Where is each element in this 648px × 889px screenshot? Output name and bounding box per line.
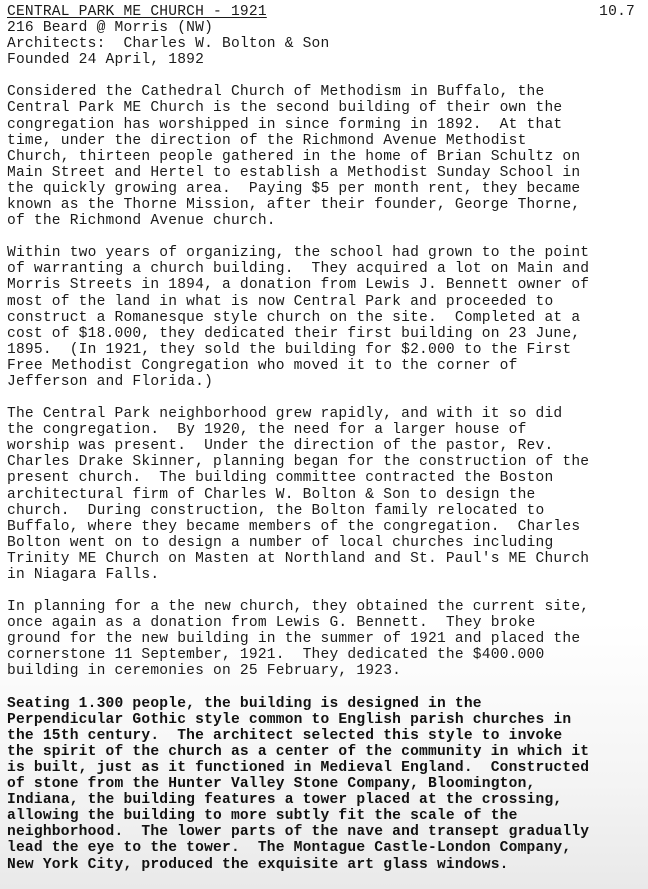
text-line: the congregation. By 1920, the need for …	[7, 422, 647, 438]
text-line: building in ceremonies on 25 February, 1…	[7, 663, 647, 679]
paragraph: In planning for a the new church, they o…	[7, 599, 647, 679]
body-text: Considered the Cathedral Church of Metho…	[7, 84, 647, 872]
text-line: congregation has worshipped in since for…	[7, 117, 647, 133]
paragraph: Considered the Cathedral Church of Metho…	[7, 84, 647, 229]
text-line: once again as a donation from Lewis G. B…	[7, 615, 647, 631]
page-number: 10.7	[599, 4, 635, 20]
text-line: of the Richmond Avenue church.	[7, 213, 647, 229]
founded-line: Founded 24 April, 1892	[7, 52, 647, 68]
text-line: Seating 1.300 people, the building is de…	[7, 696, 647, 712]
document-title: CENTRAL PARK ME CHURCH - 1921	[7, 4, 267, 20]
text-line: cost of $18.000, they dedicated their fi…	[7, 326, 647, 342]
paragraph: Within two years of organizing, the scho…	[7, 245, 647, 390]
text-line: is built, just as it functioned in Medie…	[7, 760, 647, 776]
text-line: Perpendicular Gothic style common to Eng…	[7, 712, 647, 728]
address-line: 216 Beard @ Morris (NW)	[7, 20, 647, 36]
text-line: Church, thirteen people gathered in the …	[7, 149, 647, 165]
text-line: Within two years of organizing, the scho…	[7, 245, 647, 261]
text-line: Morris Streets in 1894, a donation from …	[7, 277, 647, 293]
text-line: of stone from the Hunter Valley Stone Co…	[7, 776, 647, 792]
text-line: Main Street and Hertel to establish a Me…	[7, 165, 647, 181]
text-line: Jefferson and Florida.)	[7, 374, 647, 390]
paragraph: Seating 1.300 people, the building is de…	[7, 696, 647, 873]
text-line: the 15th century. The architect selected…	[7, 728, 647, 744]
paragraph: The Central Park neighborhood grew rapid…	[7, 406, 647, 583]
text-line: Trinity ME Church on Masten at Northland…	[7, 551, 647, 567]
text-line: Indiana, the building features a tower p…	[7, 792, 647, 808]
text-line: Charles Drake Skinner, planning began fo…	[7, 454, 647, 470]
text-line: The Central Park neighborhood grew rapid…	[7, 406, 647, 422]
text-line: neighborhood. The lower parts of the nav…	[7, 824, 647, 840]
text-line: Considered the Cathedral Church of Metho…	[7, 84, 647, 100]
text-line: ground for the new building in the summe…	[7, 631, 647, 647]
text-line: worship was present. Under the direction…	[7, 438, 647, 454]
text-line: Bolton went on to design a number of loc…	[7, 535, 647, 551]
architects-line: Architects: Charles W. Bolton & Son	[7, 36, 647, 52]
text-line: In planning for a the new church, they o…	[7, 599, 647, 615]
text-line: the spirit of the church as a center of …	[7, 744, 647, 760]
text-line: New York City, produced the exquisite ar…	[7, 857, 647, 873]
text-line: 1895. (In 1921, they sold the building f…	[7, 342, 647, 358]
text-line: cornerstone 11 September, 1921. They ded…	[7, 647, 647, 663]
header-row: CENTRAL PARK ME CHURCH - 1921 10.7	[7, 4, 647, 20]
text-line: of warranting a church building. They ac…	[7, 261, 647, 277]
text-line: lead the eye to the tower. The Montague …	[7, 840, 647, 856]
text-line: Buffalo, where they became members of th…	[7, 519, 647, 535]
text-line: known as the Thorne Mission, after their…	[7, 197, 647, 213]
text-line: most of the land in what is now Central …	[7, 294, 647, 310]
text-line: Central Park ME Church is the second bui…	[7, 100, 647, 116]
text-line: Free Methodist Congregation who moved it…	[7, 358, 647, 374]
text-line: time, under the direction of the Richmon…	[7, 133, 647, 149]
text-line: church. During construction, the Bolton …	[7, 503, 647, 519]
text-line: present church. The building committee c…	[7, 470, 647, 486]
text-line: the quickly growing area. Paying $5 per …	[7, 181, 647, 197]
text-line: architectural firm of Charles W. Bolton …	[7, 487, 647, 503]
document-page: CENTRAL PARK ME CHURCH - 1921 10.7 216 B…	[7, 4, 647, 873]
text-line: in Niagara Falls.	[7, 567, 647, 583]
text-line: construct a Romanesque style church on t…	[7, 310, 647, 326]
text-line: allowing the building to more subtly fit…	[7, 808, 647, 824]
